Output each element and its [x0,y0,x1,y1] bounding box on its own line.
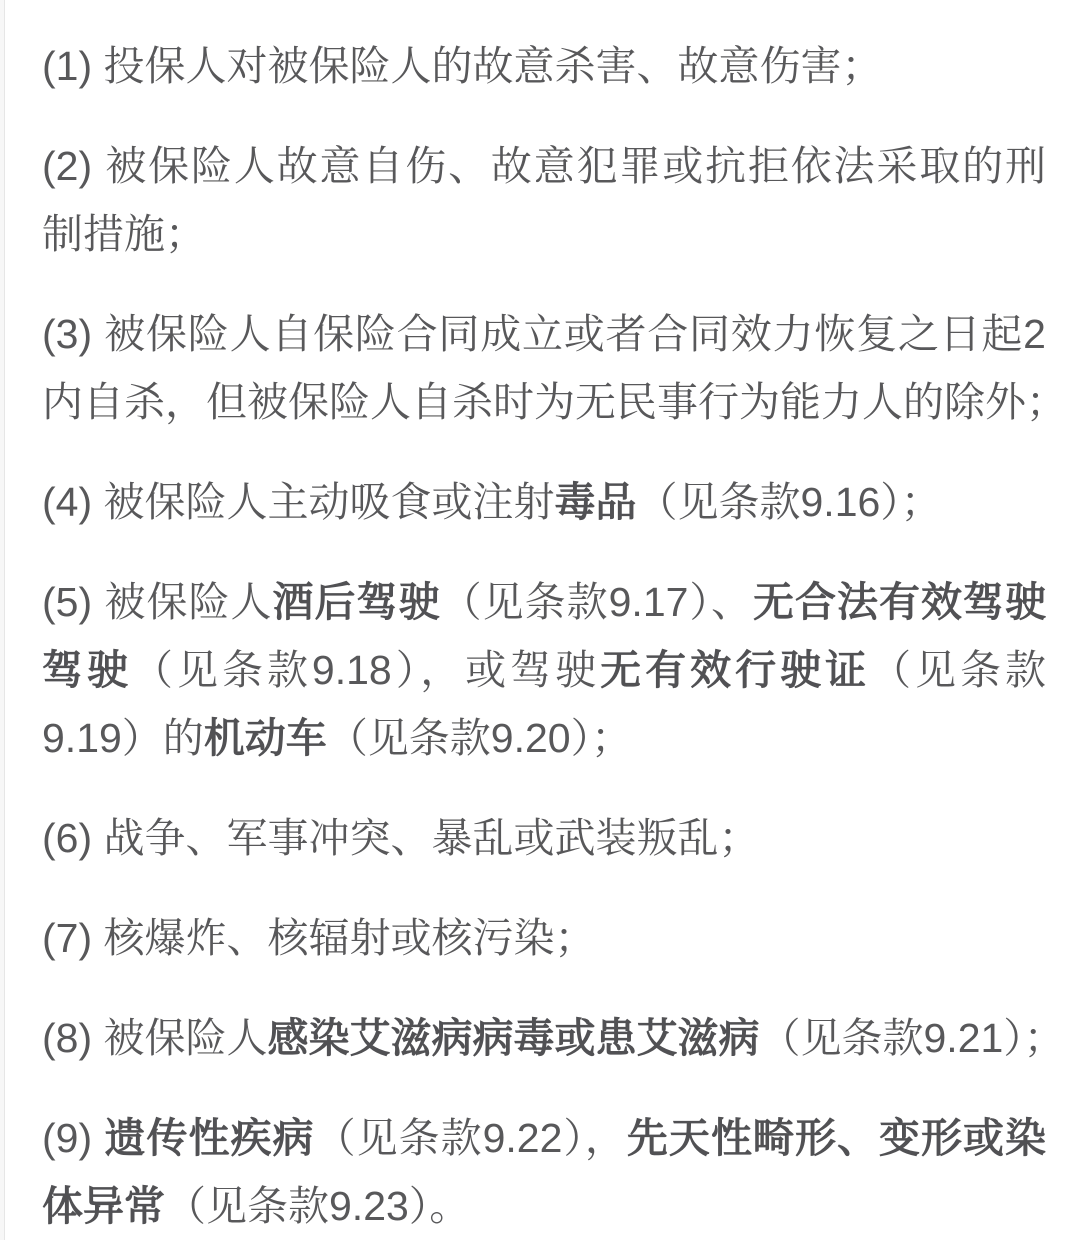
clause-5-line-3-segment-1: 9.19）的 [42,715,204,761]
clause-4-line-1-segment-1: (4) 被保险人主动吸食或注射 [42,479,555,525]
clause-2-line-1-segment-1: (2) 被保险人故意自伤、故意犯罪或抗拒依法采取的刑事强 [42,143,1046,200]
clause-5: (5) 被保险人酒后驾驶（见条款9.17）、无合法有效驾驶证驾驶（见条款9.18… [42,568,1046,772]
clause-1: (1) 投保人对被保险人的故意杀害、故意伤害； [42,32,1046,100]
clause-5-line-3-segment-2: 机动车 [204,715,327,761]
clause-2-line-2-segment-1: 制措施； [42,211,206,257]
clause-5-line-1-segment-3: （见条款9.17）、 [441,579,753,625]
clause-2-line-2: 制措施； [42,200,1046,268]
clause-5-line-2: 驾驶（见条款9.18），或驾驶无有效行驶证（见条款 [42,636,1046,704]
clause-1-line-1-segment-1: (1) 投保人对被保险人的故意杀害、故意伤害； [42,43,883,89]
clause-8-line-1-segment-2: 感染艾滋病病毒或患艾滋病 [268,1015,760,1061]
clause-5-line-2-segment-2: （见条款9.18），或驾驶 [132,647,600,693]
clause-9-line-2-segment-1: 体异常 [42,1183,165,1229]
clause-8-line-1-segment-1: (8) 被保险人 [42,1015,268,1061]
clause-4: (4) 被保险人主动吸食或注射毒品（见条款9.16）； [42,468,1046,536]
clause-9-line-2: 体异常（见条款9.23）。 [42,1172,1046,1240]
clause-1-line-1: (1) 投保人对被保险人的故意杀害、故意伤害； [42,32,1046,100]
clause-2: (2) 被保险人故意自伤、故意犯罪或抗拒依法采取的刑事强制措施； [42,132,1046,268]
clause-9-line-1-segment-2: 遗传性疾病 [105,1115,315,1161]
clause-2-line-1: (2) 被保险人故意自伤、故意犯罪或抗拒依法采取的刑事强 [42,132,1046,200]
clause-7-line-1-segment-1: (7) 核爆炸、核辐射或核污染； [42,915,596,961]
clause-5-line-1-segment-2: 酒后驾驶 [273,579,441,625]
clause-5-line-1-segment-1: (5) 被保险人 [42,579,273,625]
clause-6-line-1: (6) 战争、军事冲突、暴乱或武装叛乱； [42,804,1046,872]
clause-9-line-2-segment-2: （见条款9.23）。 [165,1183,470,1229]
exclusion-clauses-text-block: (1) 投保人对被保险人的故意杀害、故意伤害；(2) 被保险人故意自伤、故意犯罪… [42,32,1046,1240]
clause-7: (7) 核爆炸、核辐射或核污染； [42,904,1046,972]
clause-6-line-1-segment-1: (6) 战争、军事冲突、暴乱或武装叛乱； [42,815,760,861]
clause-4-line-1-segment-2: 毒品 [555,479,637,525]
clause-9-line-1-segment-3: （见条款9.22）， [315,1115,627,1161]
clause-5-line-2-segment-3: 无有效行驶证 [600,647,870,693]
clause-4-line-1-segment-3: （见条款9.16）； [637,479,942,525]
clause-8-line-1: (8) 被保险人感染艾滋病病毒或患艾滋病（见条款9.21）； [42,1004,1046,1072]
clause-6: (6) 战争、军事冲突、暴乱或武装叛乱； [42,804,1046,872]
clause-9-line-1-segment-1: (9) [42,1115,105,1161]
clause-3-line-1: (3) 被保险人自保险合同成立或者合同效力恢复之日起2年 [42,300,1046,368]
clause-3-line-2-segment-1: 内自杀，但被保险人自杀时为无民事行为能力人的除外； [42,379,1067,425]
clause-3-line-2: 内自杀，但被保险人自杀时为无民事行为能力人的除外； [42,368,1046,436]
clause-3: (3) 被保险人自保险合同成立或者合同效力恢复之日起2年内自杀，但被保险人自杀时… [42,300,1046,436]
clause-5-line-3: 9.19）的机动车（见条款9.20）； [42,704,1046,772]
clause-9: (9) 遗传性疾病（见条款9.22），先天性畸形、变形或染色体异常（见条款9.2… [42,1104,1046,1240]
clause-5-line-2-segment-1: 驾驶 [42,647,132,693]
clause-8-line-1-segment-3: （见条款9.21）； [760,1015,1065,1061]
clause-5-line-3-segment-3: （见条款9.20）； [327,715,632,761]
clause-4-line-1: (4) 被保险人主动吸食或注射毒品（见条款9.16）； [42,468,1046,536]
clause-5-line-1: (5) 被保险人酒后驾驶（见条款9.17）、无合法有效驾驶证 [42,568,1046,636]
clause-5-line-2-segment-4: （见条款 [870,647,1046,693]
clause-7-line-1: (7) 核爆炸、核辐射或核污染； [42,904,1046,972]
clause-9-line-1: (9) 遗传性疾病（见条款9.22），先天性畸形、变形或染色 [42,1104,1046,1172]
clause-3-line-1-segment-1: (3) 被保险人自保险合同成立或者合同效力恢复之日起2年 [42,311,1046,368]
policy-document-page: (1) 投保人对被保险人的故意杀害、故意伤害；(2) 被保险人故意自伤、故意犯罪… [0,0,1080,1240]
clause-8: (8) 被保险人感染艾滋病病毒或患艾滋病（见条款9.21）； [42,1004,1046,1072]
left-edge-divider [0,0,5,1240]
